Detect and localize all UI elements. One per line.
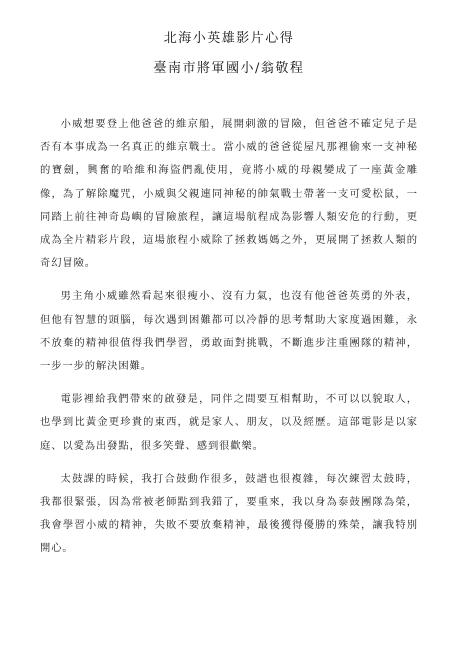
author-line: 臺南市將軍國小/翁敬程 <box>0 57 458 76</box>
document-body: 小威想要登上他爸爸的維京船，展開刺激的冒險，但爸爸不確定兒子是否有本事成為一名真… <box>40 113 418 571</box>
paragraph-4: 太鼓課的時候，我打合鼓動作很多，鼓譜也很複雜，每次練習太鼓時，我都很緊張，因為常… <box>40 468 418 561</box>
paragraph-2: 男主角小威雖然看起來很瘦小、沒有力氣，也沒有他爸爸英勇的外表，但他有智慧的頭腦，… <box>40 285 418 378</box>
paragraph-3: 電影裡給我們帶來的啟發是，同伴之間要互相幫助，不可以以貌取人，也學到比黃金更珍貴… <box>40 388 418 458</box>
document-title: 北海小英雄影片心得 <box>0 27 458 46</box>
paragraph-1: 小威想要登上他爸爸的維京船，展開刺激的冒險，但爸爸不確定兒子是否有本事成為一名真… <box>40 113 418 275</box>
document-page: 北海小英雄影片心得 臺南市將軍國小/翁敬程 小威想要登上他爸爸的維京船，展開刺激… <box>0 0 458 648</box>
